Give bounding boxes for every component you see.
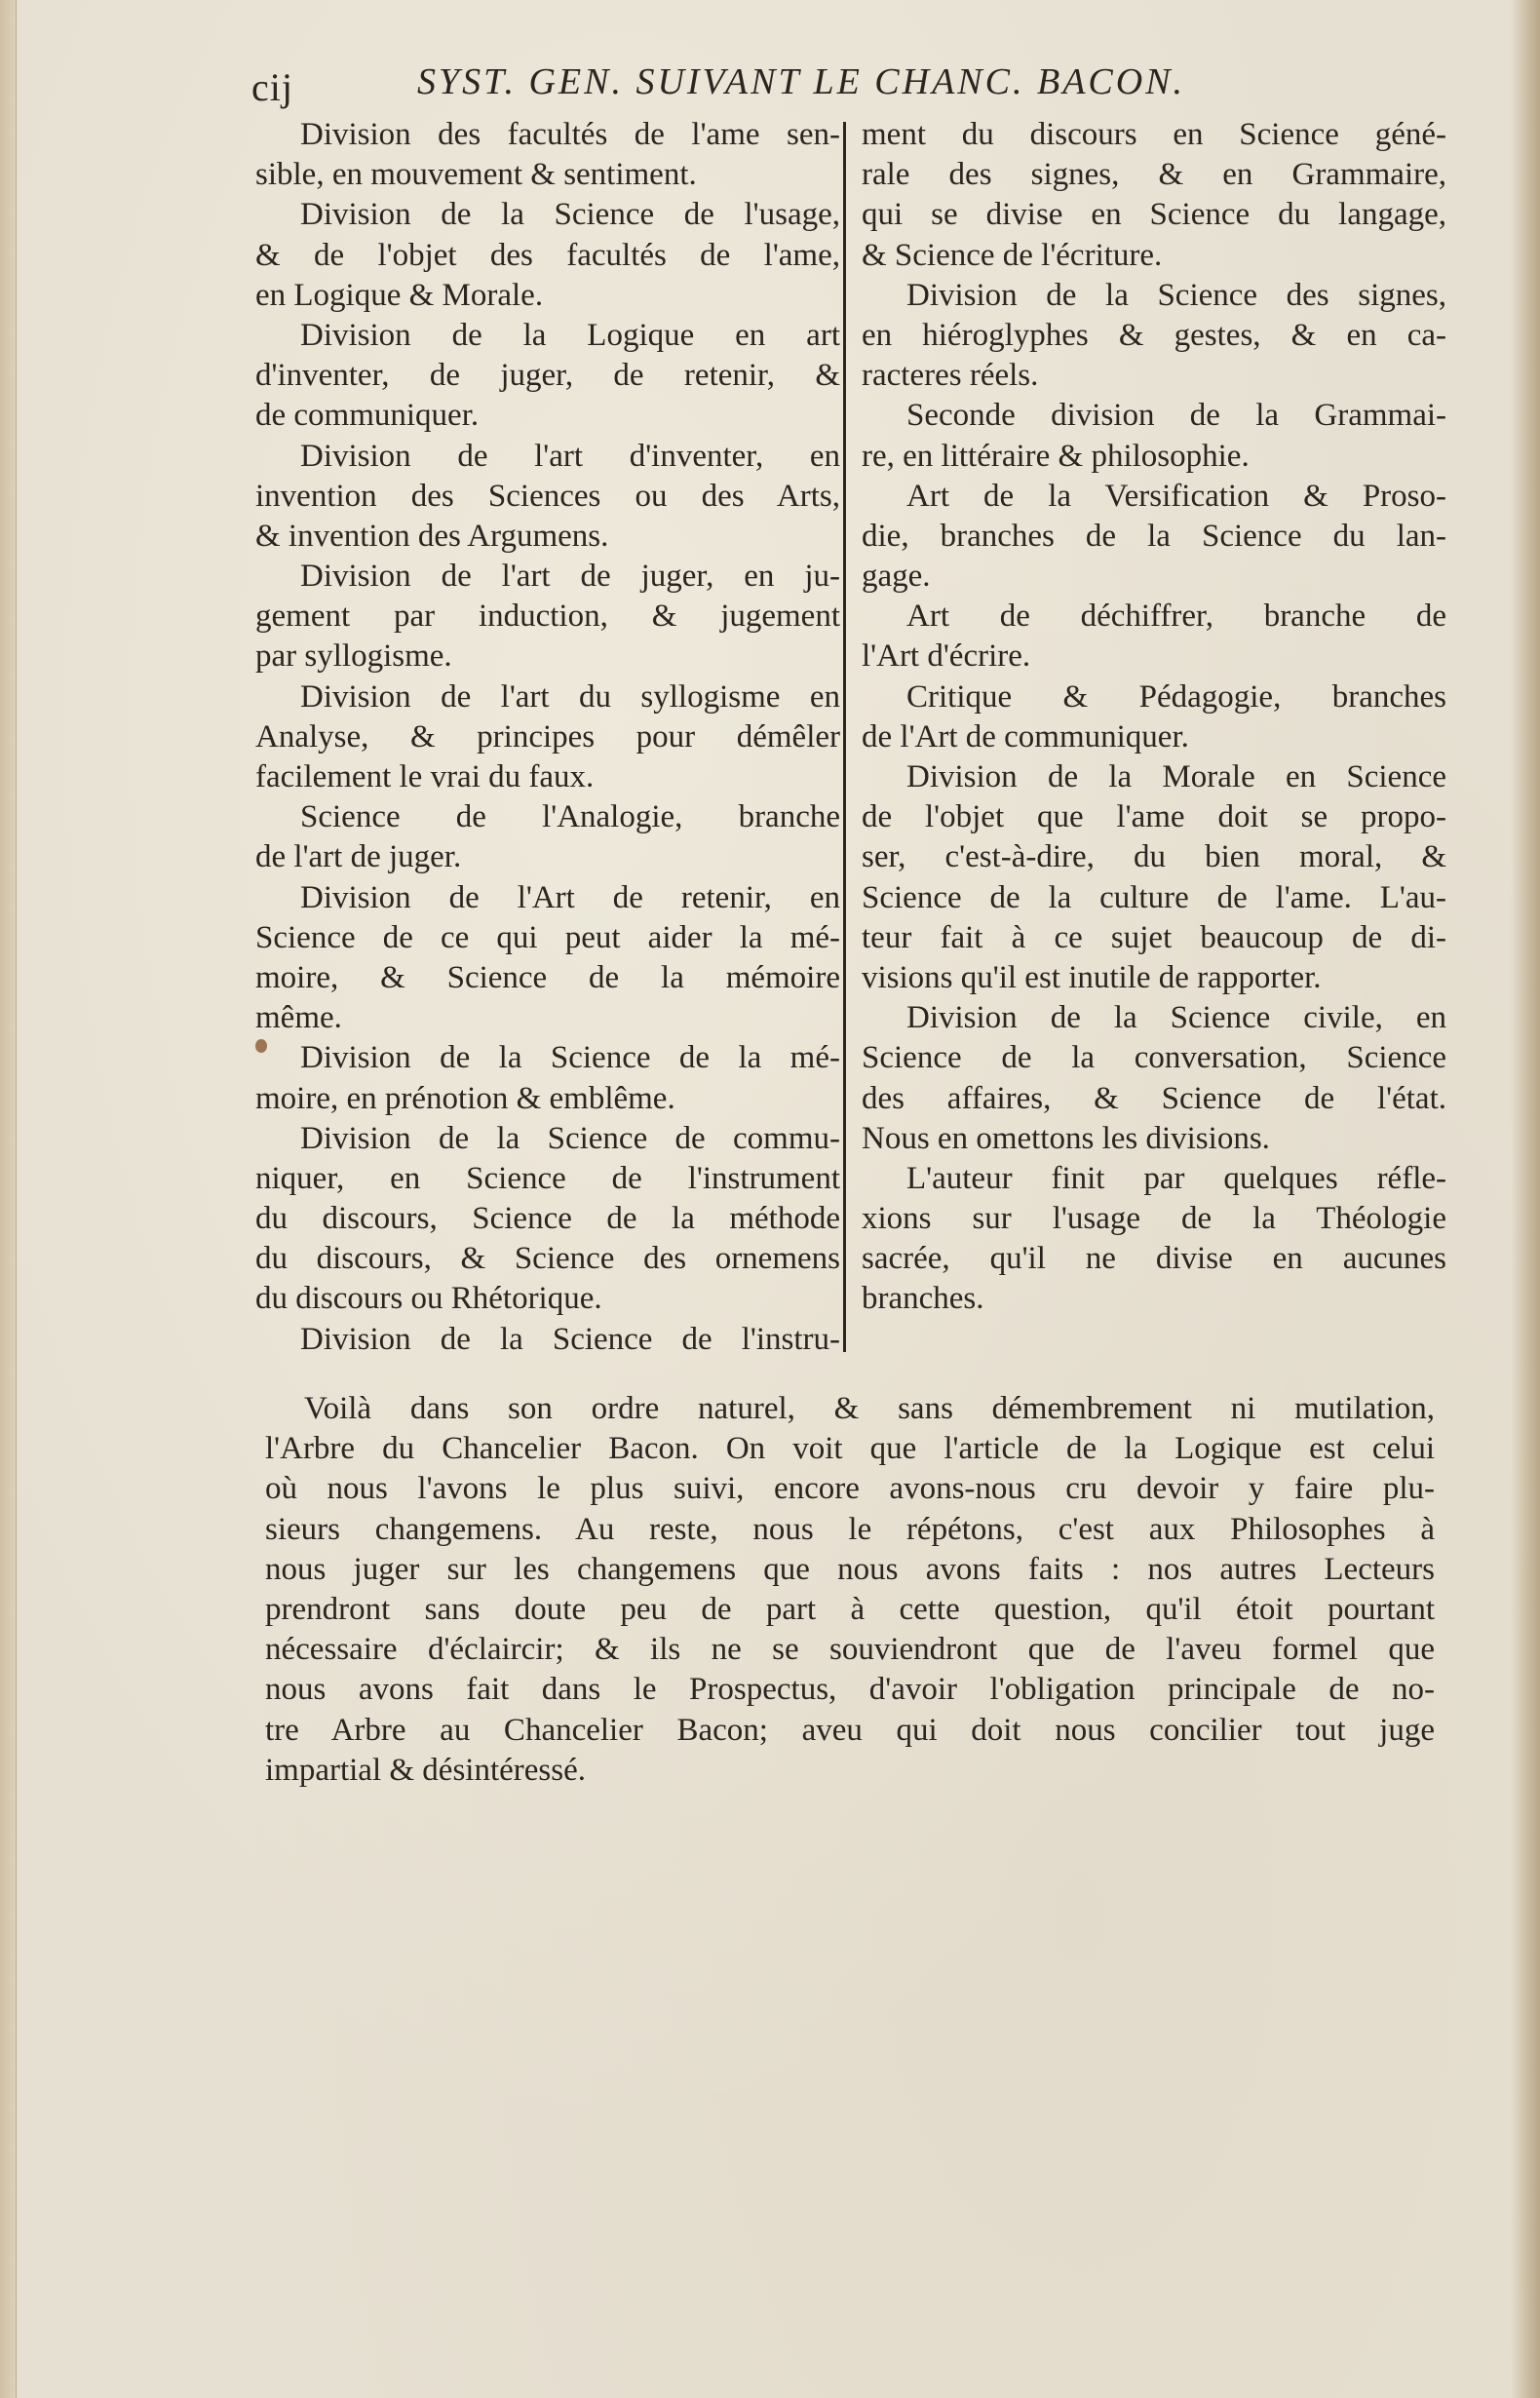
text-line: où nous l'avons le plus suivi, encore av…	[265, 1469, 1435, 1509]
page-number: cij	[251, 64, 293, 110]
text-line: rale des signes, & en Grammaire,	[862, 155, 1446, 195]
left-column: Division des facultés de l'ame sen-sible…	[255, 115, 840, 1360]
text-line: du discours, & Science des ornemens	[255, 1239, 840, 1279]
text-line: & invention des Argumens.	[255, 517, 840, 557]
text-line: de communiquer.	[255, 396, 840, 436]
text-line: Division de la Science de l'usage,	[255, 195, 840, 235]
text-line: visions qu'il est inutile de rapporter.	[862, 958, 1446, 998]
text-line: Analyse, & principes pour démêler	[255, 717, 840, 757]
text-line: ment du discours en Science géné-	[862, 115, 1446, 155]
column-divider	[843, 122, 846, 1352]
text-line: nous juger sur les changemens que nous a…	[265, 1550, 1435, 1590]
text-line: d'inventer, de juger, de retenir, &	[255, 356, 840, 396]
text-line: & de l'objet des facultés de l'ame,	[255, 236, 840, 276]
text-line: Division de la Logique en art	[255, 316, 840, 356]
text-line: Division des facultés de l'ame sen-	[255, 115, 840, 155]
text-line: invention des Sciences ou des Arts,	[255, 477, 840, 517]
text-line: niquer, en Science de l'instrument	[255, 1159, 840, 1199]
text-line: moire, & Science de la mémoire	[255, 958, 840, 998]
running-head-title: SYST. GEN. SUIVANT LE CHANC. BACON.	[417, 60, 1185, 103]
text-line: sacrée, qu'il ne divise en aucunes	[862, 1239, 1446, 1279]
closing-paragraph: Voilà dans son ordre naturel, & sans dém…	[265, 1389, 1435, 1791]
text-line: Division de l'Art de retenir, en	[255, 878, 840, 918]
text-line: Art de déchiffrer, branche de	[862, 597, 1446, 637]
text-line: même.	[255, 998, 840, 1038]
book-page: cij SYST. GEN. SUIVANT LE CHANC. BACON. …	[0, 0, 1540, 2398]
text-line: Division de la Science civile, en	[862, 998, 1446, 1038]
text-line: teur fait à ce sujet beaucoup de di-	[862, 918, 1446, 958]
text-line: Division de la Science de commu-	[255, 1119, 840, 1159]
text-line: nécessaire d'éclaircir; & ils ne se souv…	[265, 1630, 1435, 1670]
text-line: de l'art de juger.	[255, 837, 840, 877]
text-line: Science de la culture de l'ame. L'au-	[862, 878, 1446, 918]
ink-stain	[255, 1039, 267, 1053]
page-left-edge	[0, 0, 17, 2398]
text-line: xions sur l'usage de la Théologie	[862, 1199, 1446, 1239]
text-line: die, branches de la Science du lan-	[862, 517, 1446, 557]
text-line: Science de la conversation, Science	[862, 1038, 1446, 1078]
text-line: sible, en mouvement & sentiment.	[255, 155, 840, 195]
text-line: facilement le vrai du faux.	[255, 757, 840, 797]
text-line: & Science de l'écriture.	[862, 236, 1446, 276]
text-line: du discours, Science de la méthode	[255, 1199, 840, 1239]
text-line: Division de l'art de juger, en ju-	[255, 557, 840, 597]
text-line: Division de la Morale en Science	[862, 757, 1446, 797]
text-line: branches.	[862, 1279, 1446, 1319]
text-line: Division de la Science de l'instru-	[255, 1320, 840, 1360]
text-line: l'Art d'écrire.	[862, 637, 1446, 677]
page-right-edge	[1511, 0, 1540, 2398]
text-line: de l'Art de communiquer.	[862, 717, 1446, 757]
text-line: Division de la Science des signes,	[862, 276, 1446, 316]
text-line: re, en littéraire & philosophie.	[862, 437, 1446, 477]
text-line: par syllogisme.	[255, 637, 840, 677]
text-line: des affaires, & Science de l'état.	[862, 1079, 1446, 1119]
text-line: L'auteur finit par quelques réfle-	[862, 1159, 1446, 1199]
text-line: moire, en prénotion & emblême.	[255, 1079, 840, 1119]
text-line: Art de la Versification & Proso-	[862, 477, 1446, 517]
text-line: de l'objet que l'ame doit se propo-	[862, 797, 1446, 837]
text-line: Science de l'Analogie, branche	[255, 797, 840, 837]
text-line: Division de l'art du syllogisme en	[255, 677, 840, 717]
right-column: ment du discours en Science géné-rale de…	[862, 115, 1446, 1320]
text-line: tre Arbre au Chancelier Bacon; aveu qui …	[265, 1711, 1435, 1751]
text-line: qui se divise en Science du langage,	[862, 195, 1446, 235]
text-line: Science de ce qui peut aider la mé-	[255, 918, 840, 958]
text-line: prendront sans doute peu de part à cette…	[265, 1590, 1435, 1630]
text-line: racteres réels.	[862, 356, 1446, 396]
text-line: impartial & désintéressé.	[265, 1751, 1435, 1791]
text-line: Critique & Pédagogie, branches	[862, 677, 1446, 717]
text-line: nous avons fait dans le Prospectus, d'av…	[265, 1670, 1435, 1710]
text-line: Division de la Science de la mé-	[255, 1038, 840, 1078]
text-line: Division de l'art d'inventer, en	[255, 437, 840, 477]
text-line: en Logique & Morale.	[255, 276, 840, 316]
text-line: Nous en omettons les divisions.	[862, 1119, 1446, 1159]
text-line: Voilà dans son ordre naturel, & sans dém…	[265, 1389, 1435, 1429]
text-line: ser, c'est-à-dire, du bien moral, &	[862, 837, 1446, 877]
text-line: sieurs changemens. Au reste, nous le rép…	[265, 1510, 1435, 1550]
text-line: Seconde division de la Grammai-	[862, 396, 1446, 436]
text-line: du discours ou Rhétorique.	[255, 1279, 840, 1319]
text-line: gement par induction, & jugement	[255, 597, 840, 637]
text-line: gage.	[862, 557, 1446, 597]
text-line: en hiéroglyphes & gestes, & en ca-	[862, 316, 1446, 356]
running-head: cij SYST. GEN. SUIVANT LE CHANC. BACON.	[251, 57, 1285, 115]
text-line: l'Arbre du Chancelier Bacon. On voit que…	[265, 1429, 1435, 1469]
